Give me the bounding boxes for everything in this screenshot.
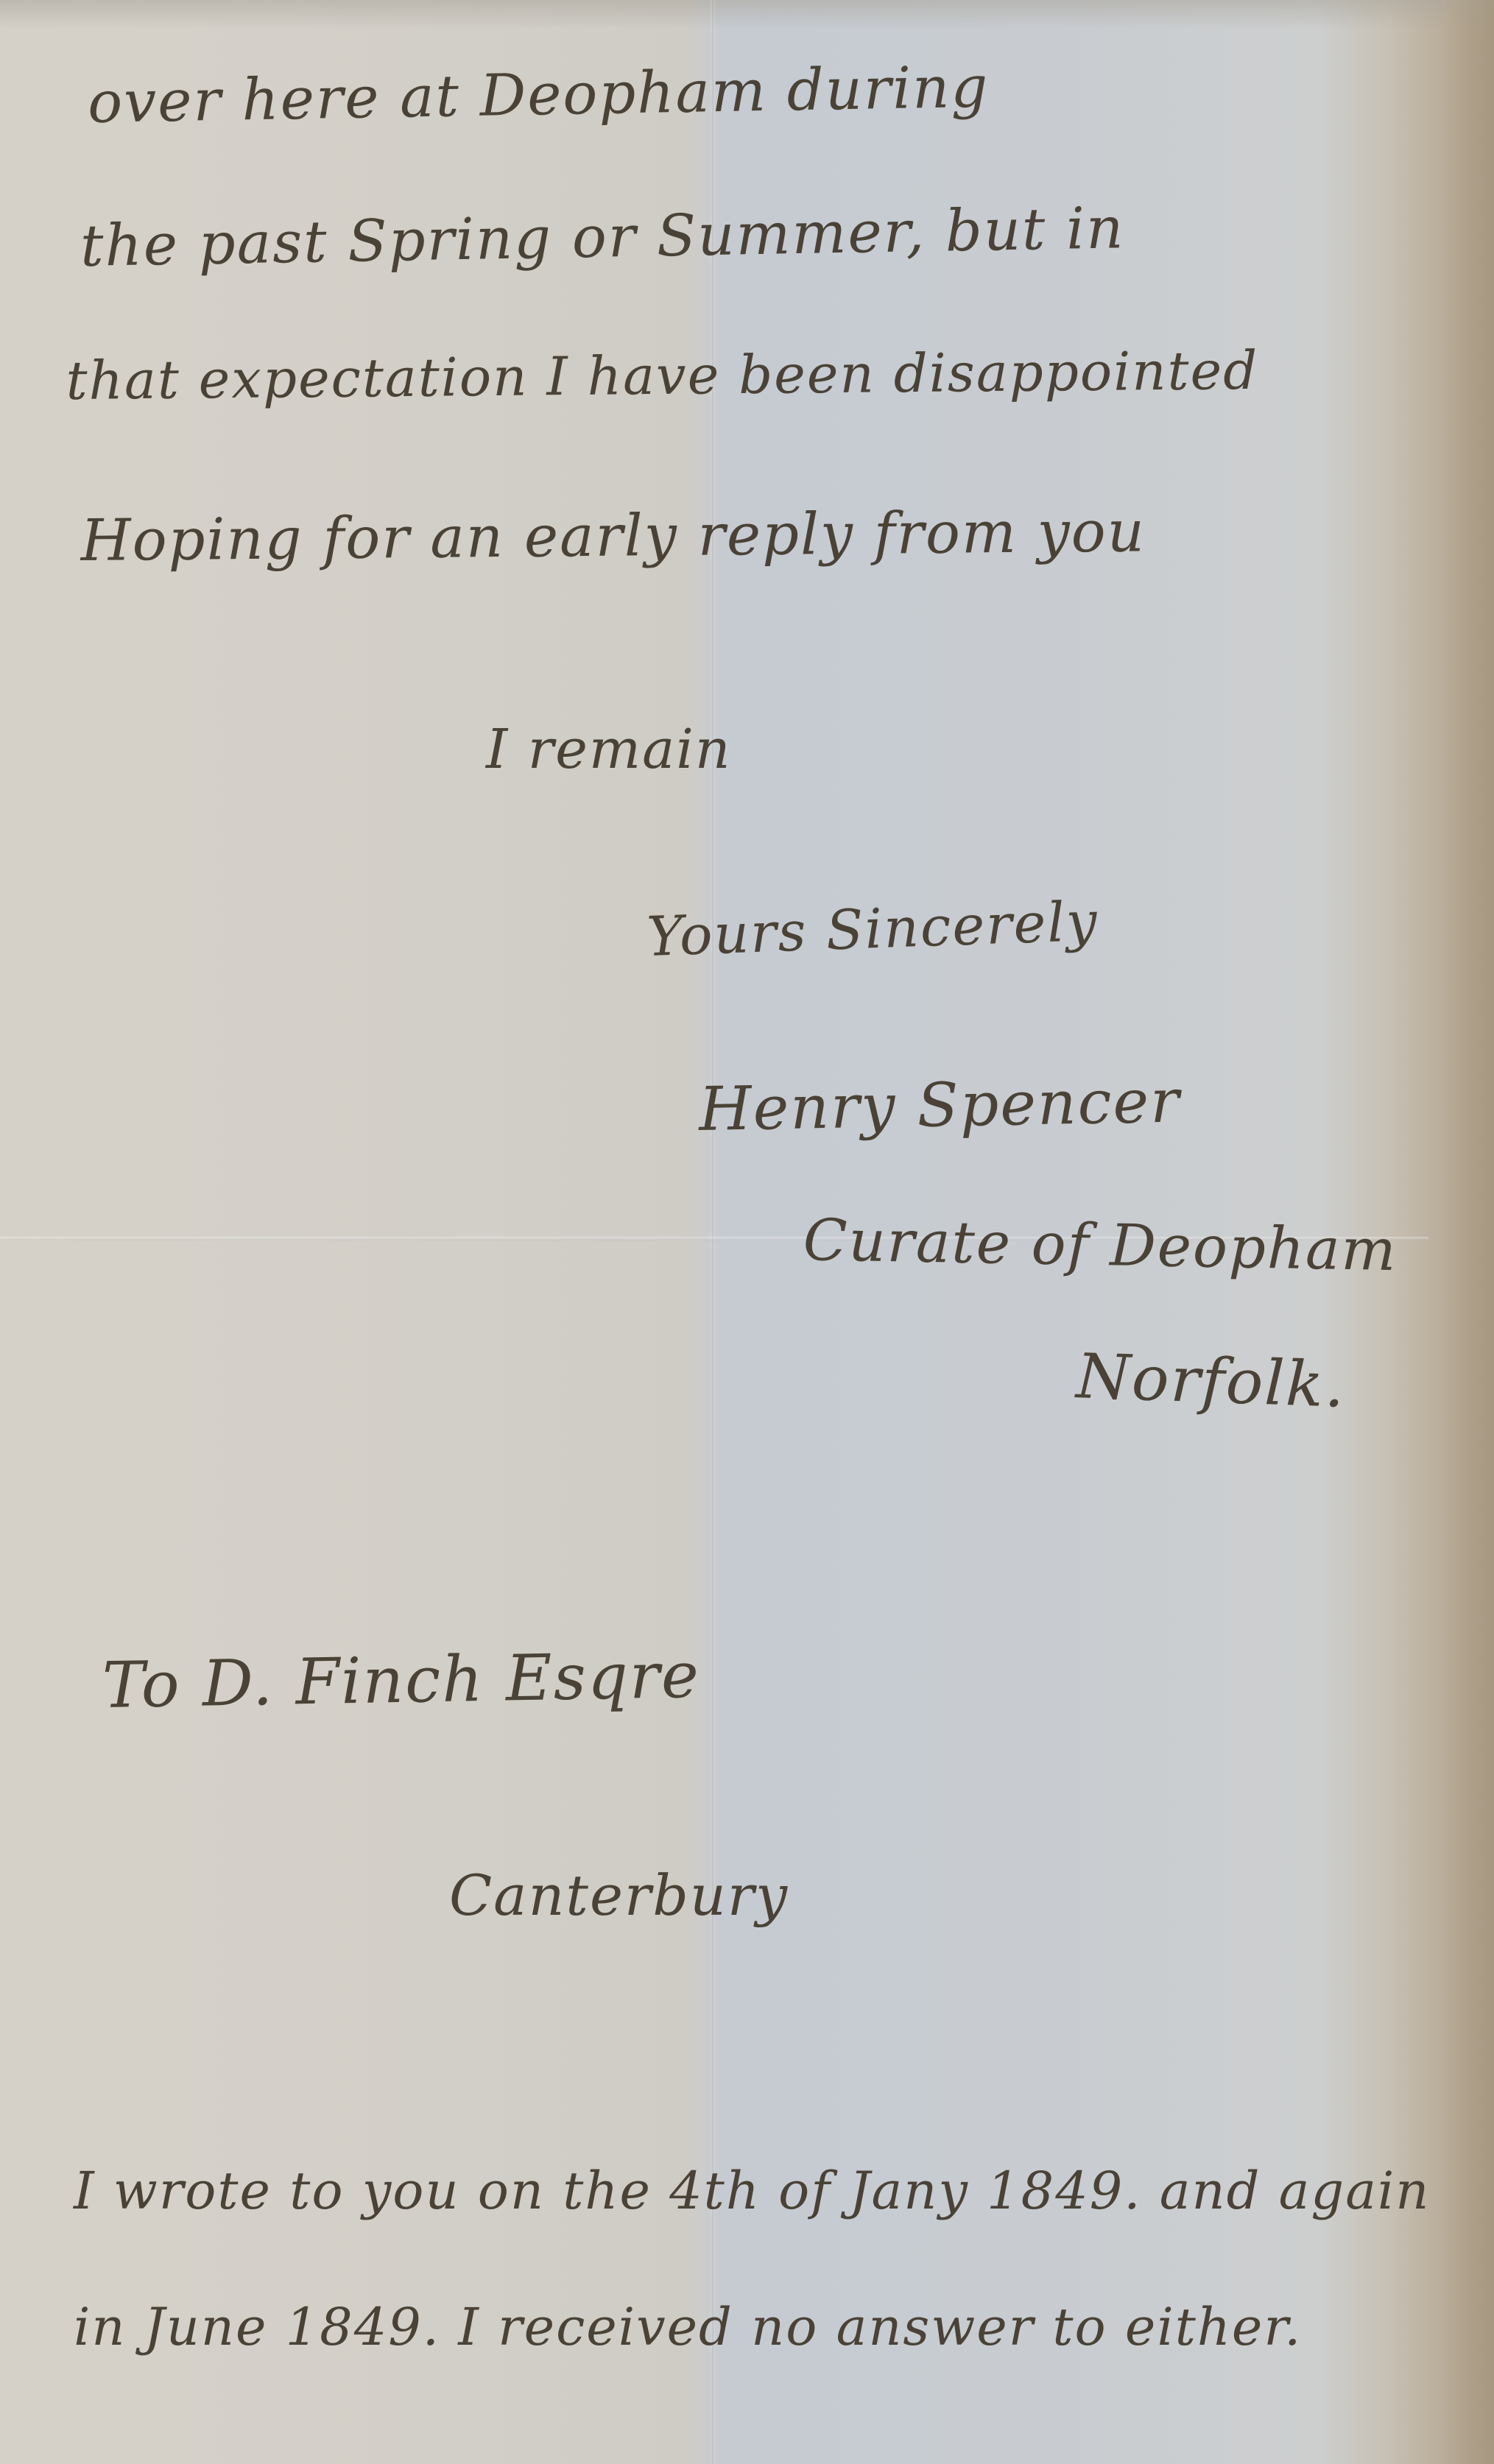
postscript-line-1: I wrote to you on the 4th of Jany 1849. … (74, 2161, 1430, 2221)
signature-title: Curate of Deopham (803, 1207, 1398, 1284)
body-line-4: Hoping for an early reply from you (80, 498, 1146, 574)
closing-i-remain: I remain (486, 718, 732, 781)
recipient-city: Canterbury (449, 1863, 789, 1928)
body-line-2: the past Spring or Summer, but in (80, 195, 1125, 280)
signature-name: Henry Spencer (698, 1067, 1181, 1145)
recipient-name: To D. Finch Esqre (102, 1639, 700, 1723)
postscript-line-2: in June 1849. I received no answer to ei… (74, 2297, 1302, 2357)
letter-page: over here at Deopham during the past Spr… (0, 0, 1494, 2464)
signature-county: Norfolk. (1075, 1340, 1347, 1422)
body-line-3: that expectation I have been disappointe… (66, 339, 1258, 412)
body-line-1: over here at Deopham during (87, 54, 990, 136)
page-edge-shadow (1442, 0, 1494, 2464)
